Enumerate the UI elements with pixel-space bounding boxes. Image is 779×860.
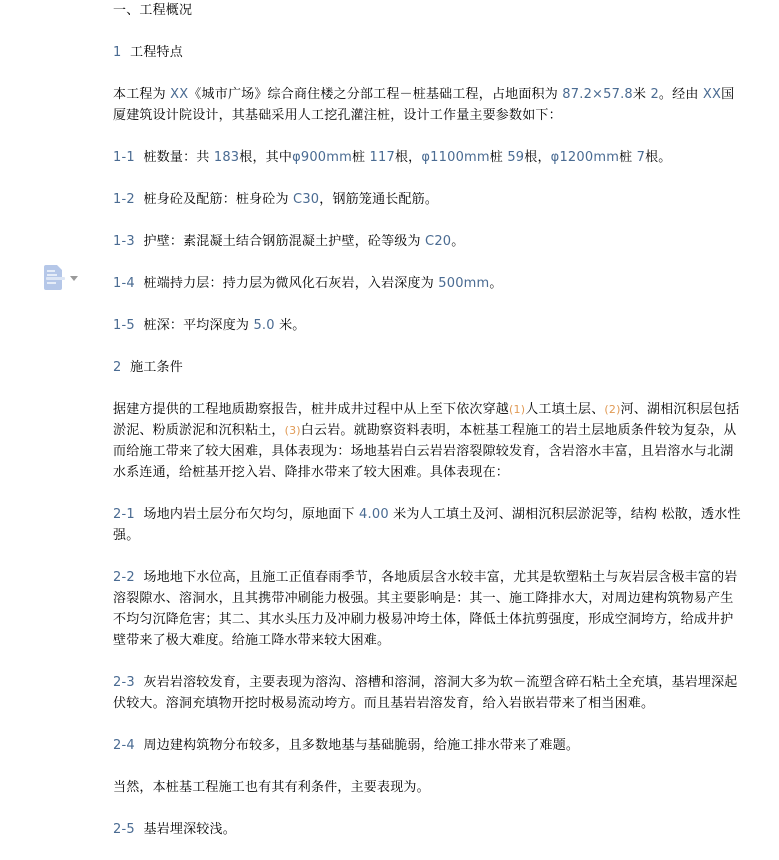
para-geology-segment: (2) xyxy=(604,403,620,416)
item-1-2-segment: 1-2 xyxy=(113,192,135,207)
para-intro-segment: 87.2×57.8 xyxy=(562,87,633,102)
item-1-2-segment: ，钢筋笼通长配筋。 xyxy=(319,192,438,207)
para-geology: 据建方提供的工程地质勘察报告，桩井成井过程中从上至下依次穿越(1)人工填土层、(… xyxy=(113,399,746,483)
item-1-3-segment: 。 xyxy=(451,234,464,249)
item-2-2: 2-2 场地地下水位高，且施工正值春雨季节，各地质层含水较丰富，尤其是软塑粘土与… xyxy=(113,567,746,651)
item-1-1-segment: 117 xyxy=(370,150,395,165)
item-1-4-segment: 1-4 xyxy=(113,276,135,291)
para-intro: 本工程为 XX《城市广场》综合商住楼之分部工程－桩基础工程，占地面积为 87.2… xyxy=(113,84,746,126)
item-1-1-segment: 1-1 xyxy=(113,150,135,165)
para-geology-segment: (3) xyxy=(285,424,301,437)
item-2-5-segment: 基岩埋深较浅。 xyxy=(135,822,236,837)
para-intro-segment: XX xyxy=(170,87,188,102)
item-2-5: 2-5 基岩埋深较浅。 xyxy=(113,819,746,840)
item-1-5-segment: 米。 xyxy=(275,318,306,333)
item-2-5-segment: 2-5 xyxy=(113,822,135,837)
item-1-1-segment: 根， xyxy=(395,150,421,165)
item-1-1-segment: 桩 xyxy=(490,150,508,165)
item-1-1-segment: 桩 xyxy=(352,150,370,165)
item-1-3-segment: 护壁：素混凝土结合钢筋混凝土护壁，砼等级为 xyxy=(135,234,425,249)
item-1-3-segment: C20 xyxy=(425,234,451,249)
icon-text-line xyxy=(47,274,57,276)
document-page: 一、工程概况1 工程特点本工程为 XX《城市广场》综合商住楼之分部工程－桩基础工… xyxy=(0,0,779,860)
item-2-4-segment: 周边建构筑物分布较多，且多数地基与基础脆弱，给施工排水带来了难题。 xyxy=(135,738,579,753)
item-1-4-segment: 桩端持力层：持力层为微风化石灰岩，入岩深度为 xyxy=(135,276,438,291)
document-body: 一、工程概况1 工程特点本工程为 XX《城市广场》综合商住楼之分部工程－桩基础工… xyxy=(113,0,746,860)
item-1-2-segment: C30 xyxy=(293,192,319,207)
item-1-1-segment: φ1200mm xyxy=(551,150,619,165)
item-1-1-segment: 183 xyxy=(214,150,239,165)
item-1-4-segment: 。 xyxy=(489,276,502,291)
para-favorable: 当然，本桩基工程施工也有其有利条件，主要表现为。 xyxy=(113,777,746,798)
item-1-1-segment: 桩数量：共 xyxy=(135,150,214,165)
item-1-2-segment: 桩身砼及配筋：桩身砼为 xyxy=(135,192,293,207)
item-1-4-segment: 500mm xyxy=(438,276,489,291)
heading-construction-conditions-segment: 施工条件 xyxy=(121,360,182,375)
item-2-3: 2-3 灰岩岩溶较发育，主要表现为溶沟、溶槽和溶洞，溶洞大多为软－流塑含碎石粘土… xyxy=(113,672,746,714)
item-1-5-segment: 1-5 xyxy=(113,318,135,333)
item-1-5: 1-5 桩深：平均深度为 5.0 米。 xyxy=(113,315,746,336)
item-1-5-segment: 桩深：平均深度为 xyxy=(135,318,254,333)
item-2-4-segment: 2-4 xyxy=(113,738,135,753)
heading-project-features-segment: 工程特点 xyxy=(121,45,182,60)
heading-overview-segment: 一、工程概况 xyxy=(113,3,192,18)
item-1-4: 1-4 桩端持力层：持力层为微风化石灰岩，入岩深度为 500mm。 xyxy=(113,273,746,294)
item-2-1-segment: 2-1 xyxy=(113,507,135,522)
item-2-3-segment: 灰岩岩溶较发育，主要表现为溶沟、溶槽和溶洞，溶洞大多为软－流塑含碎石粘土全充填，… xyxy=(113,675,738,711)
item-1-3-segment: 1-3 xyxy=(113,234,135,249)
item-1-3: 1-3 护壁：素混凝土结合钢筋混凝土护壁，砼等级为 C20。 xyxy=(113,231,746,252)
heading-project-features: 1 工程特点 xyxy=(113,42,746,63)
icon-highlight-line xyxy=(46,277,65,280)
item-2-1-segment: 场地内岩土层分布欠均匀，原地面下 xyxy=(135,507,359,522)
item-1-1-segment: φ1100mm xyxy=(421,150,489,165)
para-geology-segment: 据建方提供的工程地质勘察报告，桩井成井过程中从上至下依次穿越 xyxy=(113,402,509,417)
para-favorable-segment: 当然，本桩基工程施工也有其有利条件，主要表现为。 xyxy=(113,780,430,795)
item-1-1-segment: 桩 xyxy=(619,150,637,165)
item-2-2-segment: 场地地下水位高，且施工正值春雨季节，各地质层含水较丰富，尤其是软塑粘土与灰岩层含… xyxy=(113,570,738,648)
item-1-1-segment: 7 xyxy=(637,150,645,165)
document-lines-icon[interactable] xyxy=(44,265,62,290)
icon-text-line xyxy=(47,282,56,284)
item-1-1-segment: 根， xyxy=(524,150,550,165)
para-intro-segment: 本工程为 xyxy=(113,87,170,102)
folded-corner xyxy=(57,265,62,270)
para-intro-segment: 《城市广场》综合商住楼之分部工程－桩基础工程，占地面积为 xyxy=(188,87,562,102)
item-1-1: 1-1 桩数量：共 183根，其中φ900mm桩 117根，φ1100mm桩 5… xyxy=(113,147,746,168)
para-intro-segment: 。经由 xyxy=(659,87,703,102)
heading-construction-conditions: 2 施工条件 xyxy=(113,357,746,378)
item-1-1-segment: φ900mm xyxy=(292,150,352,165)
item-2-1: 2-1 场地内岩土层分布欠均匀，原地面下 4.00 米为人工填土及河、湖相沉积层… xyxy=(113,504,746,546)
paste-options-widget[interactable] xyxy=(44,265,78,290)
item-1-1-segment: 根。 xyxy=(645,150,671,165)
para-geology-segment: 人工填土层、 xyxy=(525,402,604,417)
item-2-2-segment: 2-2 xyxy=(113,570,135,585)
icon-text-line xyxy=(47,270,55,272)
para-geology-segment: (1) xyxy=(509,403,525,416)
para-intro-segment: XX xyxy=(703,87,721,102)
heading-overview: 一、工程概况 xyxy=(113,0,746,21)
item-2-1-segment: 4.00 xyxy=(359,507,389,522)
item-2-4: 2-4 周边建构筑物分布较多，且多数地基与基础脆弱，给施工排水带来了难题。 xyxy=(113,735,746,756)
chevron-down-icon[interactable] xyxy=(70,276,78,281)
item-1-2: 1-2 桩身砼及配筋：桩身砼为 C30，钢筋笼通长配筋。 xyxy=(113,189,746,210)
item-1-1-segment: 根，其中 xyxy=(239,150,292,165)
para-intro-segment: 2 xyxy=(650,87,658,102)
para-intro-segment: 米 xyxy=(633,87,651,102)
item-1-5-segment: 5.0 xyxy=(253,318,274,333)
item-1-1-segment: 59 xyxy=(507,150,524,165)
item-2-3-segment: 2-3 xyxy=(113,675,135,690)
